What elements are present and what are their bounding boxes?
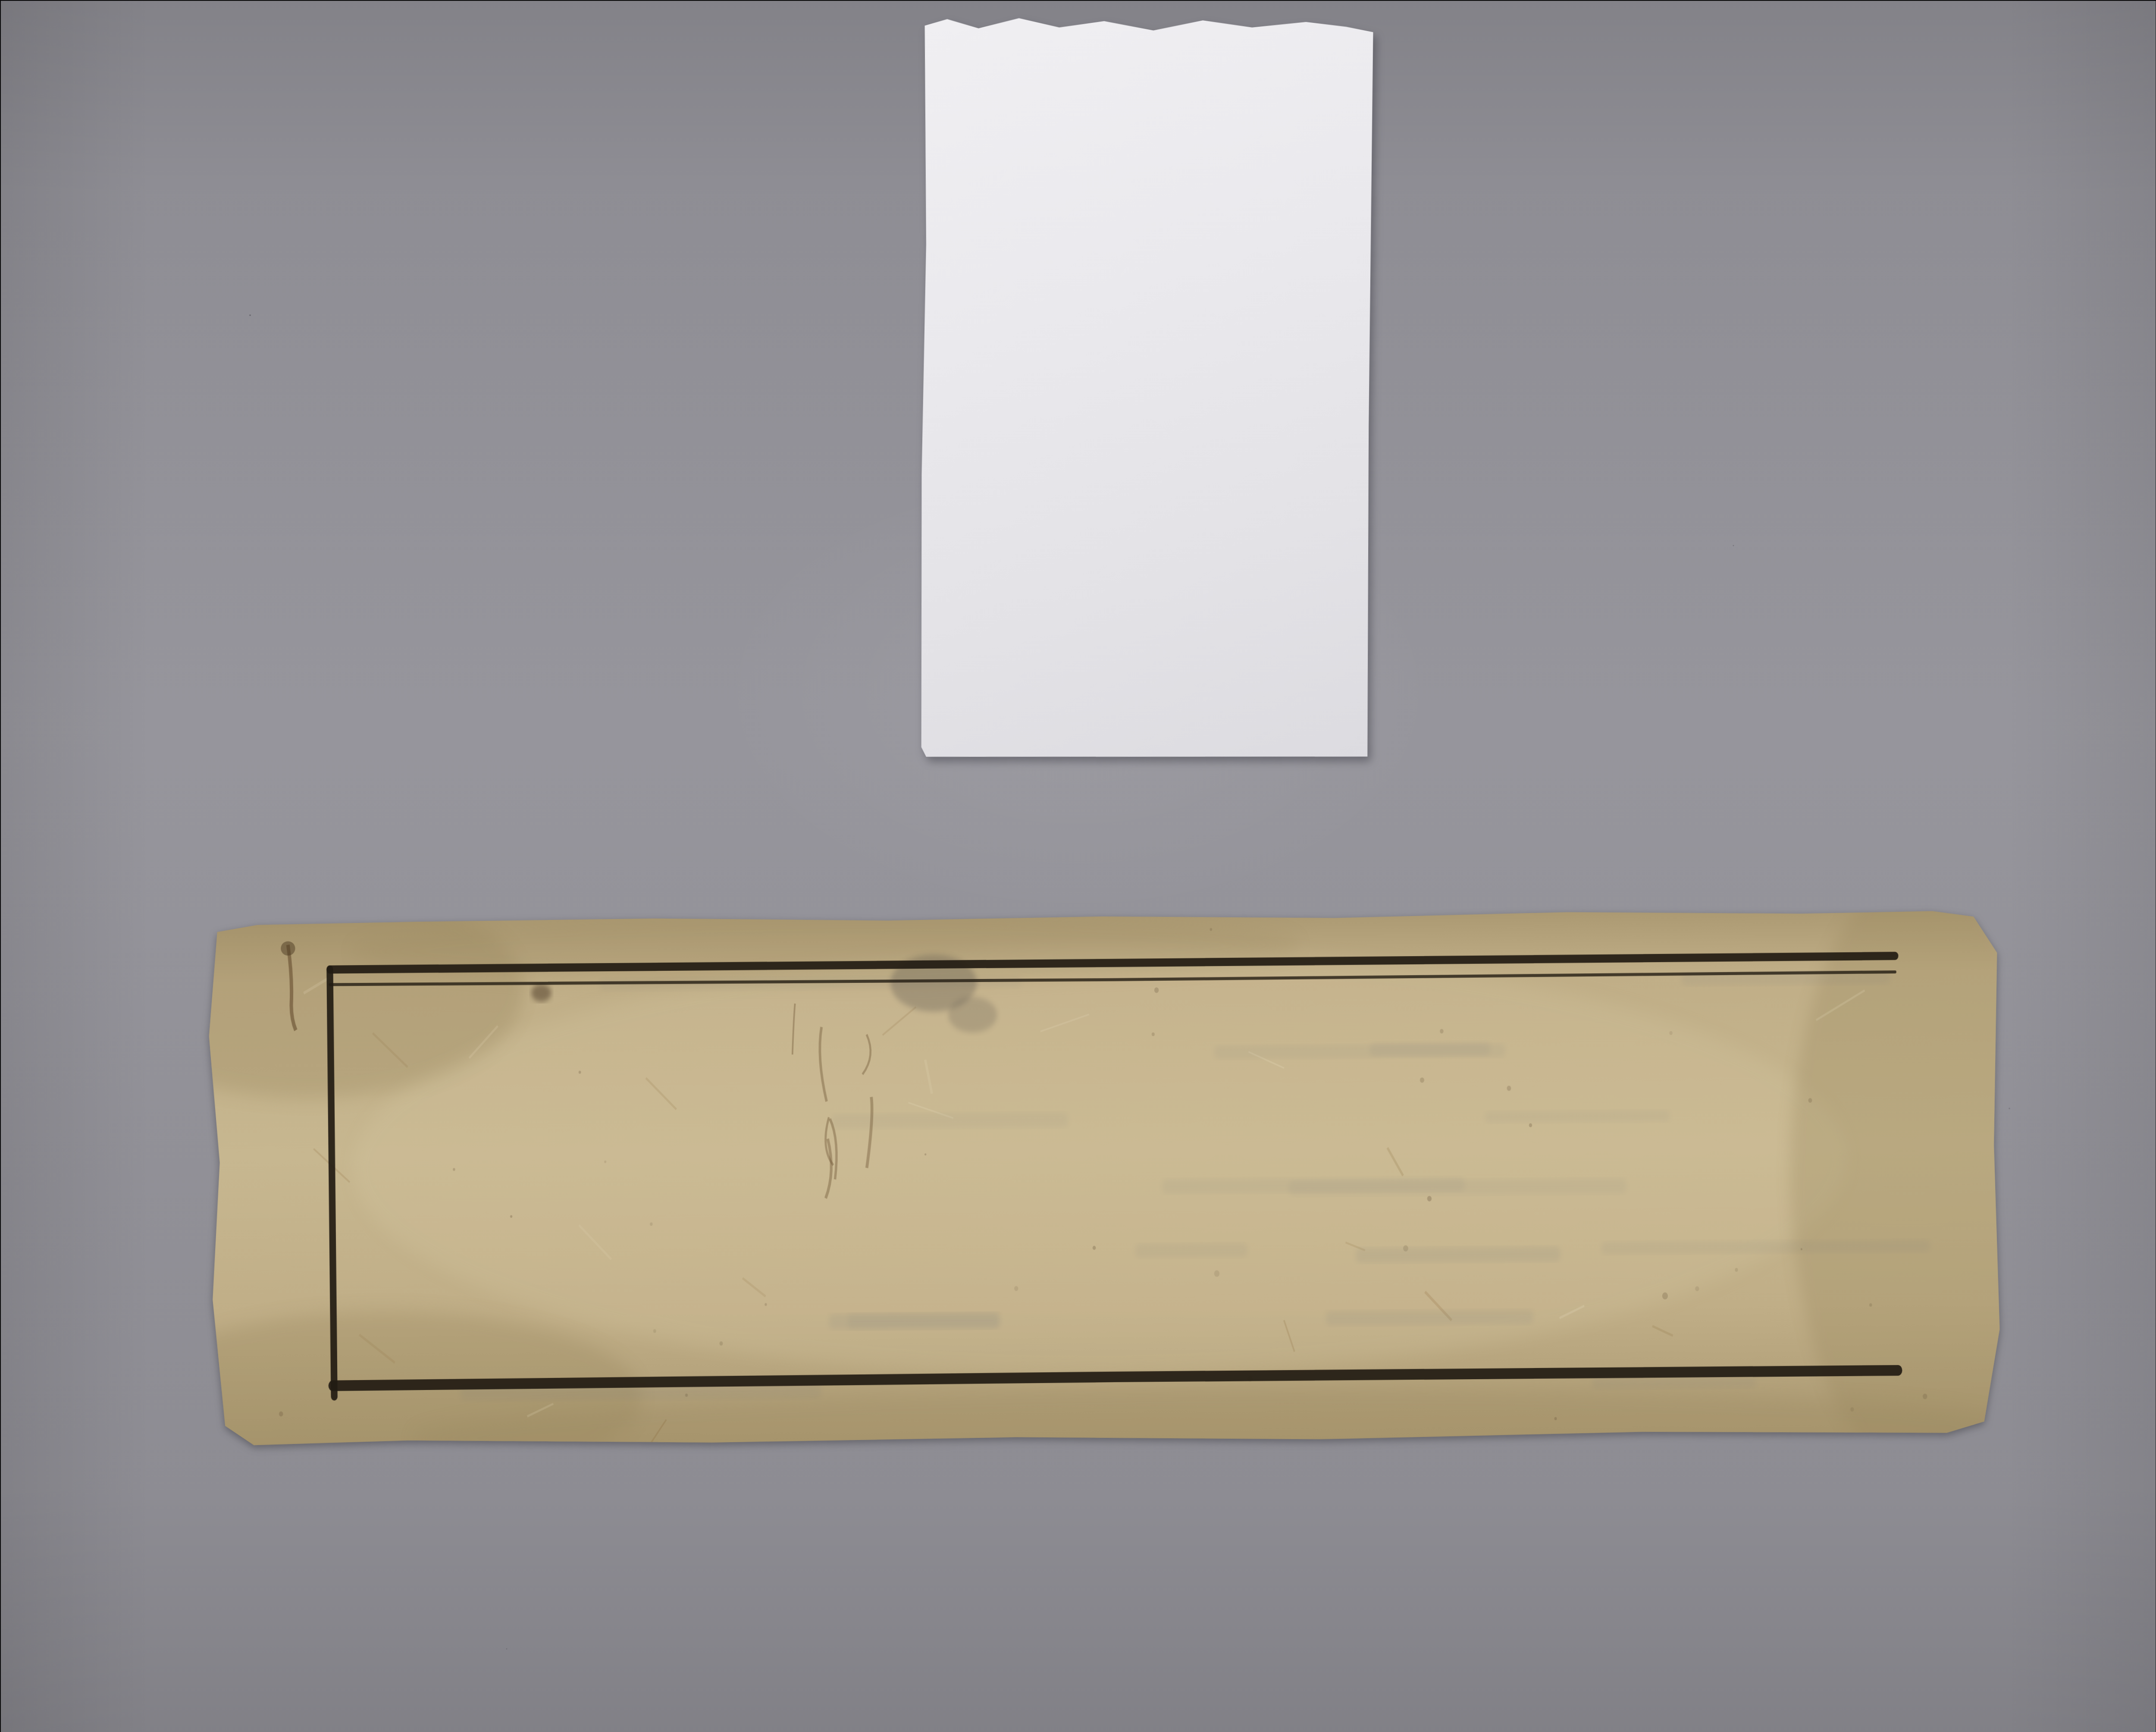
photo-edge-left [0, 0, 1, 1732]
manuscript-paper: Tibetan pecha folio, woodblock print on … [207, 908, 2000, 1447]
photo-background: 26-35 Tibetan pecha folio, woodblock pri… [0, 0, 2156, 1732]
manuscript-folio: Tibetan pecha folio, woodblock print on … [207, 908, 2000, 1447]
handwritten-number: 26-35 [926, 634, 1178, 737]
label-card-paper: 26-35 [919, 14, 1373, 760]
photo-edge-top [0, 0, 2156, 1]
label-card: 26-35 [919, 14, 1373, 760]
manuscript-artwork [207, 908, 2000, 1447]
manuscript-description: Tibetan pecha folio, woodblock print on … [207, 921, 208, 921]
